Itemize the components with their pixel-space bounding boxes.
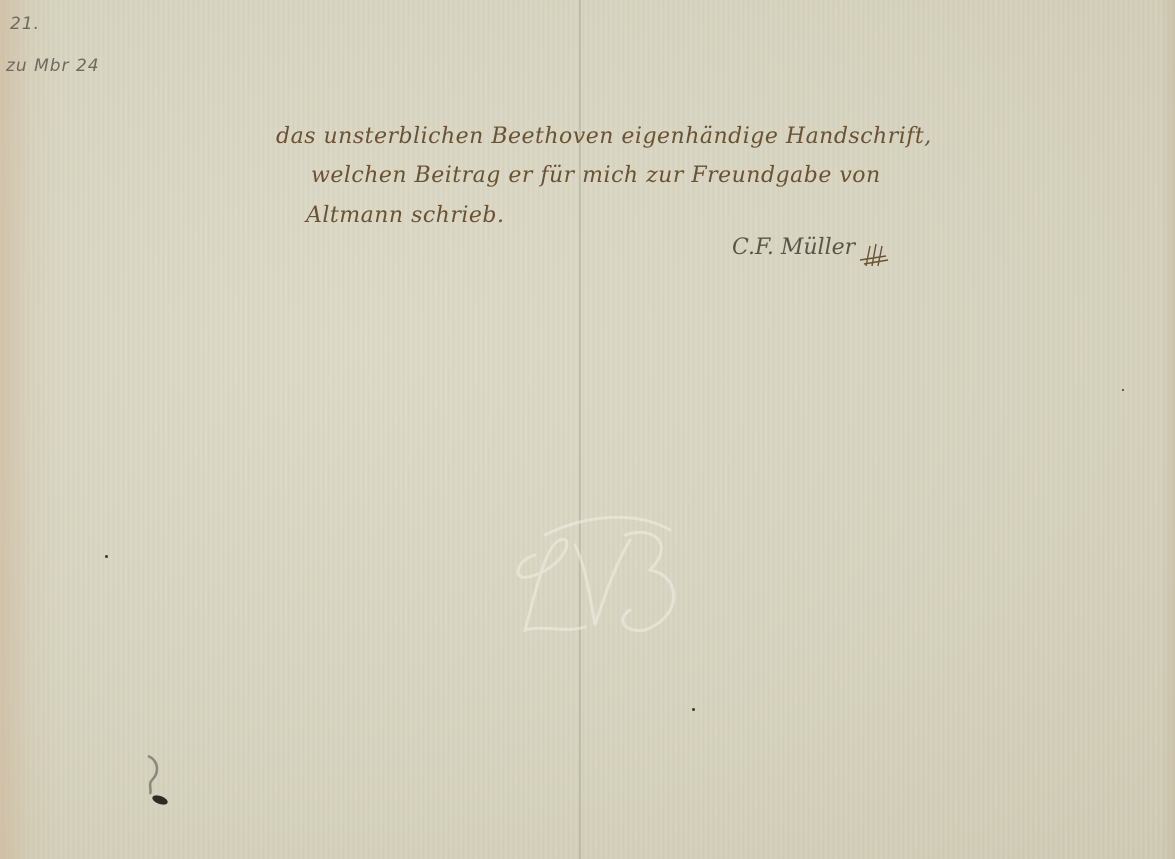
catalog-note: zu Mbr 24	[6, 56, 100, 76]
paper-right-edge	[1161, 0, 1175, 859]
manuscript-line-1: das unsterblichen Beethoven eigenhändige…	[276, 124, 932, 149]
signature-flourish-icon	[856, 238, 892, 268]
ink-stray-mark-icon	[140, 752, 172, 808]
paper-speck	[105, 555, 108, 558]
paper-speck	[692, 708, 695, 711]
paper-speck	[1122, 389, 1124, 391]
lvb-monogram-watermark-icon	[505, 515, 695, 645]
signature: C.F. Müller	[732, 235, 892, 268]
manuscript-line-3: Altmann schrieb.	[306, 203, 505, 228]
signature-text: C.F. Müller	[732, 235, 855, 260]
paper-edge-stain	[0, 0, 60, 859]
manuscript-line-2: welchen Beitrag er für mich zur Freundga…	[311, 163, 881, 188]
manuscript-page: 21. zu Mbr 24 das unsterblichen Beethove…	[0, 0, 1175, 859]
folio-number: 21.	[10, 14, 40, 34]
